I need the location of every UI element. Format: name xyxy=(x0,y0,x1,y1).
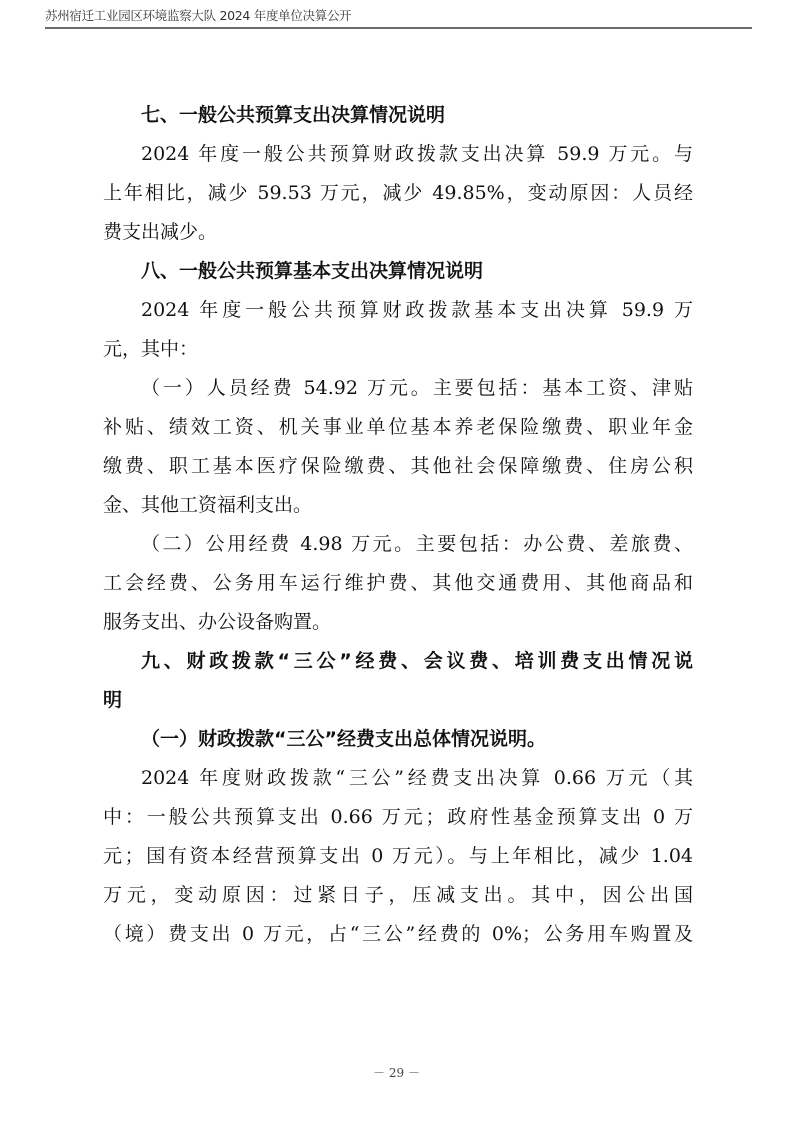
text-line: 元；国有资本经营预算支出 0 万元）。与上年相比，减少 1.04 xyxy=(103,837,693,876)
section-heading-continued: 明 xyxy=(103,681,693,720)
text-line: （一）人员经费 54.92 万元。主要包括：基本工资、津贴 xyxy=(103,369,693,408)
document-body: 七、一般公共预算支出决算情况说明 2024 年度一般公共预算财政拨款支出决算 5… xyxy=(103,96,693,954)
text-line: 2024 年度一般公共预算财政拨款基本支出决算 59.9 万 xyxy=(103,291,693,330)
paragraph: 2024 年度财政拨款“三公”经费支出决算 0.66 万元（其 中：一般公共预算… xyxy=(103,759,693,954)
text-line: 金、其他工资福利支出。 xyxy=(103,486,693,525)
subsection-heading: （一）财政拨款“三公”经费支出总体情况说明。 xyxy=(103,720,693,759)
section-7: 七、一般公共预算支出决算情况说明 2024 年度一般公共预算财政拨款支出决算 5… xyxy=(103,96,693,252)
paragraph-personnel-costs: （一）人员经费 54.92 万元。主要包括：基本工资、津贴 补贴、绩效工资、机关… xyxy=(103,369,693,525)
text-line: （二）公用经费 4.98 万元。主要包括：办公费、差旅费、 xyxy=(103,525,693,564)
text-line: （境）费支出 0 万元，占“三公”经费的 0%；公务用车购置及 xyxy=(103,915,693,954)
paragraph: 2024 年度一般公共预算财政拨款支出决算 59.9 万元。与 上年相比，减少 … xyxy=(103,135,693,252)
section-8: 八、一般公共预算基本支出决算情况说明 2024 年度一般公共预算财政拨款基本支出… xyxy=(103,252,693,642)
text-line: 补贴、绩效工资、机关事业单位基本养老保险缴费、职业年金 xyxy=(103,408,693,447)
paragraph: 2024 年度一般公共预算财政拨款基本支出决算 59.9 万 元，其中： xyxy=(103,291,693,369)
running-header: 苏州宿迁工业园区环境监察大队 2024 年度单位决算公开 xyxy=(45,8,752,29)
text-line: 2024 年度一般公共预算财政拨款支出决算 59.9 万元。与 xyxy=(103,135,693,174)
paragraph-public-costs: （二）公用经费 4.98 万元。主要包括：办公费、差旅费、 工会经费、公务用车运… xyxy=(103,525,693,642)
text-line: 服务支出、办公设备购置。 xyxy=(103,603,693,642)
text-line: 2024 年度财政拨款“三公”经费支出决算 0.66 万元（其 xyxy=(103,759,693,798)
section-heading: 九、财政拨款“三公”经费、会议费、培训费支出情况说 xyxy=(103,642,693,681)
text-line: 缴费、职工基本医疗保险缴费、其他社会保障缴费、住房公积 xyxy=(103,447,693,486)
text-line: 费支出减少。 xyxy=(103,213,693,252)
running-header-title: 苏州宿迁工业园区环境监察大队 2024 年度单位决算公开 xyxy=(45,8,351,23)
page-number: － 29 － xyxy=(0,1064,793,1081)
text-line: 上年相比，减少 59.53 万元，减少 49.85%，变动原因：人员经 xyxy=(103,174,693,213)
text-line: 元，其中： xyxy=(103,330,693,369)
section-9: 九、财政拨款“三公”经费、会议费、培训费支出情况说 明 （一）财政拨款“三公”经… xyxy=(103,642,693,954)
section-heading: 八、一般公共预算基本支出决算情况说明 xyxy=(103,252,693,291)
text-line: 中：一般公共预算支出 0.66 万元；政府性基金预算支出 0 万 xyxy=(103,798,693,837)
text-line: 工会经费、公务用车运行维护费、其他交通费用、其他商品和 xyxy=(103,564,693,603)
text-line: 万元，变动原因：过紧日子，压减支出。其中，因公出国 xyxy=(103,876,693,915)
section-heading: 七、一般公共预算支出决算情况说明 xyxy=(103,96,693,135)
